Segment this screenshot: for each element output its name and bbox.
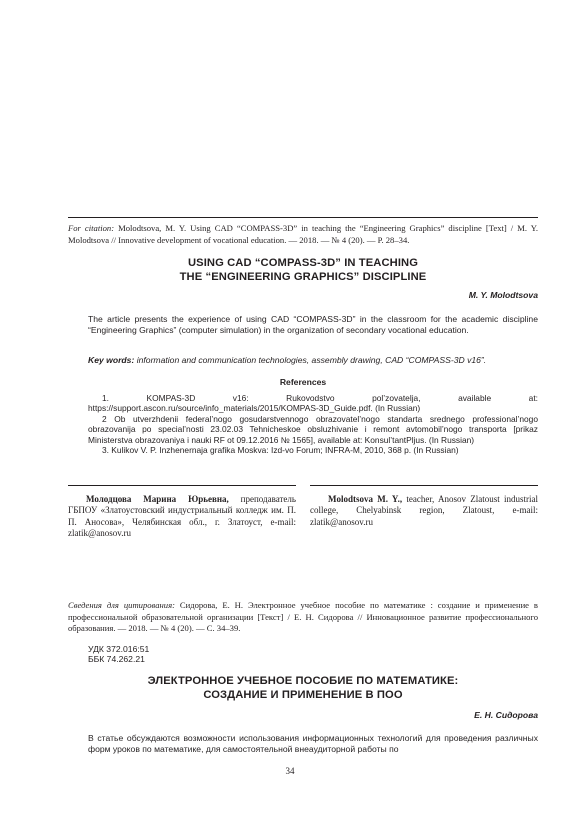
references-heading: References bbox=[68, 377, 538, 387]
author-name-en: M. Y. Molodtsova bbox=[469, 290, 538, 300]
article-title-ru: ЭЛЕКТРОННОЕ УЧЕБНОЕ ПОСОБИЕ ПО МАТЕМАТИК… bbox=[68, 674, 538, 702]
title-line-2: СОЗДАНИЕ И ПРИМЕНЕНИЕ В ПОО bbox=[68, 688, 538, 702]
bio-ru-name: Молодцова Марина Юрьевна, bbox=[86, 494, 229, 504]
classification-codes: УДК 372.016:51 ББК 74.262.21 bbox=[88, 644, 149, 665]
keywords-text: information and communication technologi… bbox=[134, 355, 486, 365]
author-name-ru: Е. Н. Сидорова bbox=[474, 710, 538, 720]
article-title-en: USING CAD “COMPASS-3D” IN TEACHING THE “… bbox=[68, 256, 538, 284]
author-bio-ru: Молодцова Марина Юрьевна, преподаватель … bbox=[68, 494, 296, 540]
reference-item: 3. Kulikov V. P. Inzhenernaja grafika Mo… bbox=[88, 445, 538, 455]
bio-divider-left bbox=[68, 485, 296, 486]
reference-item: 2 Ob utverzhdenii federal’nogo gosudarst… bbox=[88, 414, 538, 445]
references-list: 1. KOMPAS-3D v16: Rukovodstvo pol’zovate… bbox=[88, 393, 538, 455]
citation-block-en: For citation: Molodtsova, M. Y. Using CA… bbox=[68, 223, 538, 246]
abstract-ru: В статье обсуждаются возможности использ… bbox=[88, 733, 538, 754]
keywords-en: Key words: information and communication… bbox=[88, 355, 538, 366]
citation-top-rule bbox=[68, 217, 538, 218]
citation-label: For citation: bbox=[68, 223, 114, 233]
title-line-1: ЭЛЕКТРОННОЕ УЧЕБНОЕ ПОСОБИЕ ПО МАТЕМАТИК… bbox=[68, 674, 538, 688]
reference-item: 1. KOMPAS-3D v16: Rukovodstvo pol’zovate… bbox=[88, 393, 538, 414]
bio-en-name: Molodtsova M. Y., bbox=[328, 494, 402, 504]
title-line-1: USING CAD “COMPASS-3D” IN TEACHING bbox=[68, 256, 538, 270]
abstract-en: The article presents the experience of u… bbox=[88, 314, 538, 335]
udk-code: УДК 372.016:51 bbox=[88, 644, 149, 654]
keywords-label: Key words: bbox=[88, 355, 134, 365]
title-line-2: THE “ENGINEERING GRAPHICS” DISCIPLINE bbox=[68, 270, 538, 284]
bbk-code: ББК 74.262.21 bbox=[88, 654, 149, 664]
citation-text: Molodtsova, M. Y. Using CAD “COMPASS-3D”… bbox=[68, 223, 538, 245]
citation-block-ru: Сведения для цитирования: Сидорова, Е. Н… bbox=[68, 600, 538, 635]
bio-divider-right bbox=[310, 485, 538, 486]
citation-label: Сведения для цитирования: bbox=[68, 600, 175, 610]
page-number: 34 bbox=[0, 766, 580, 776]
author-bio-en: Molodtsova M. Y., teacher, Anosov Zlatou… bbox=[310, 494, 538, 528]
